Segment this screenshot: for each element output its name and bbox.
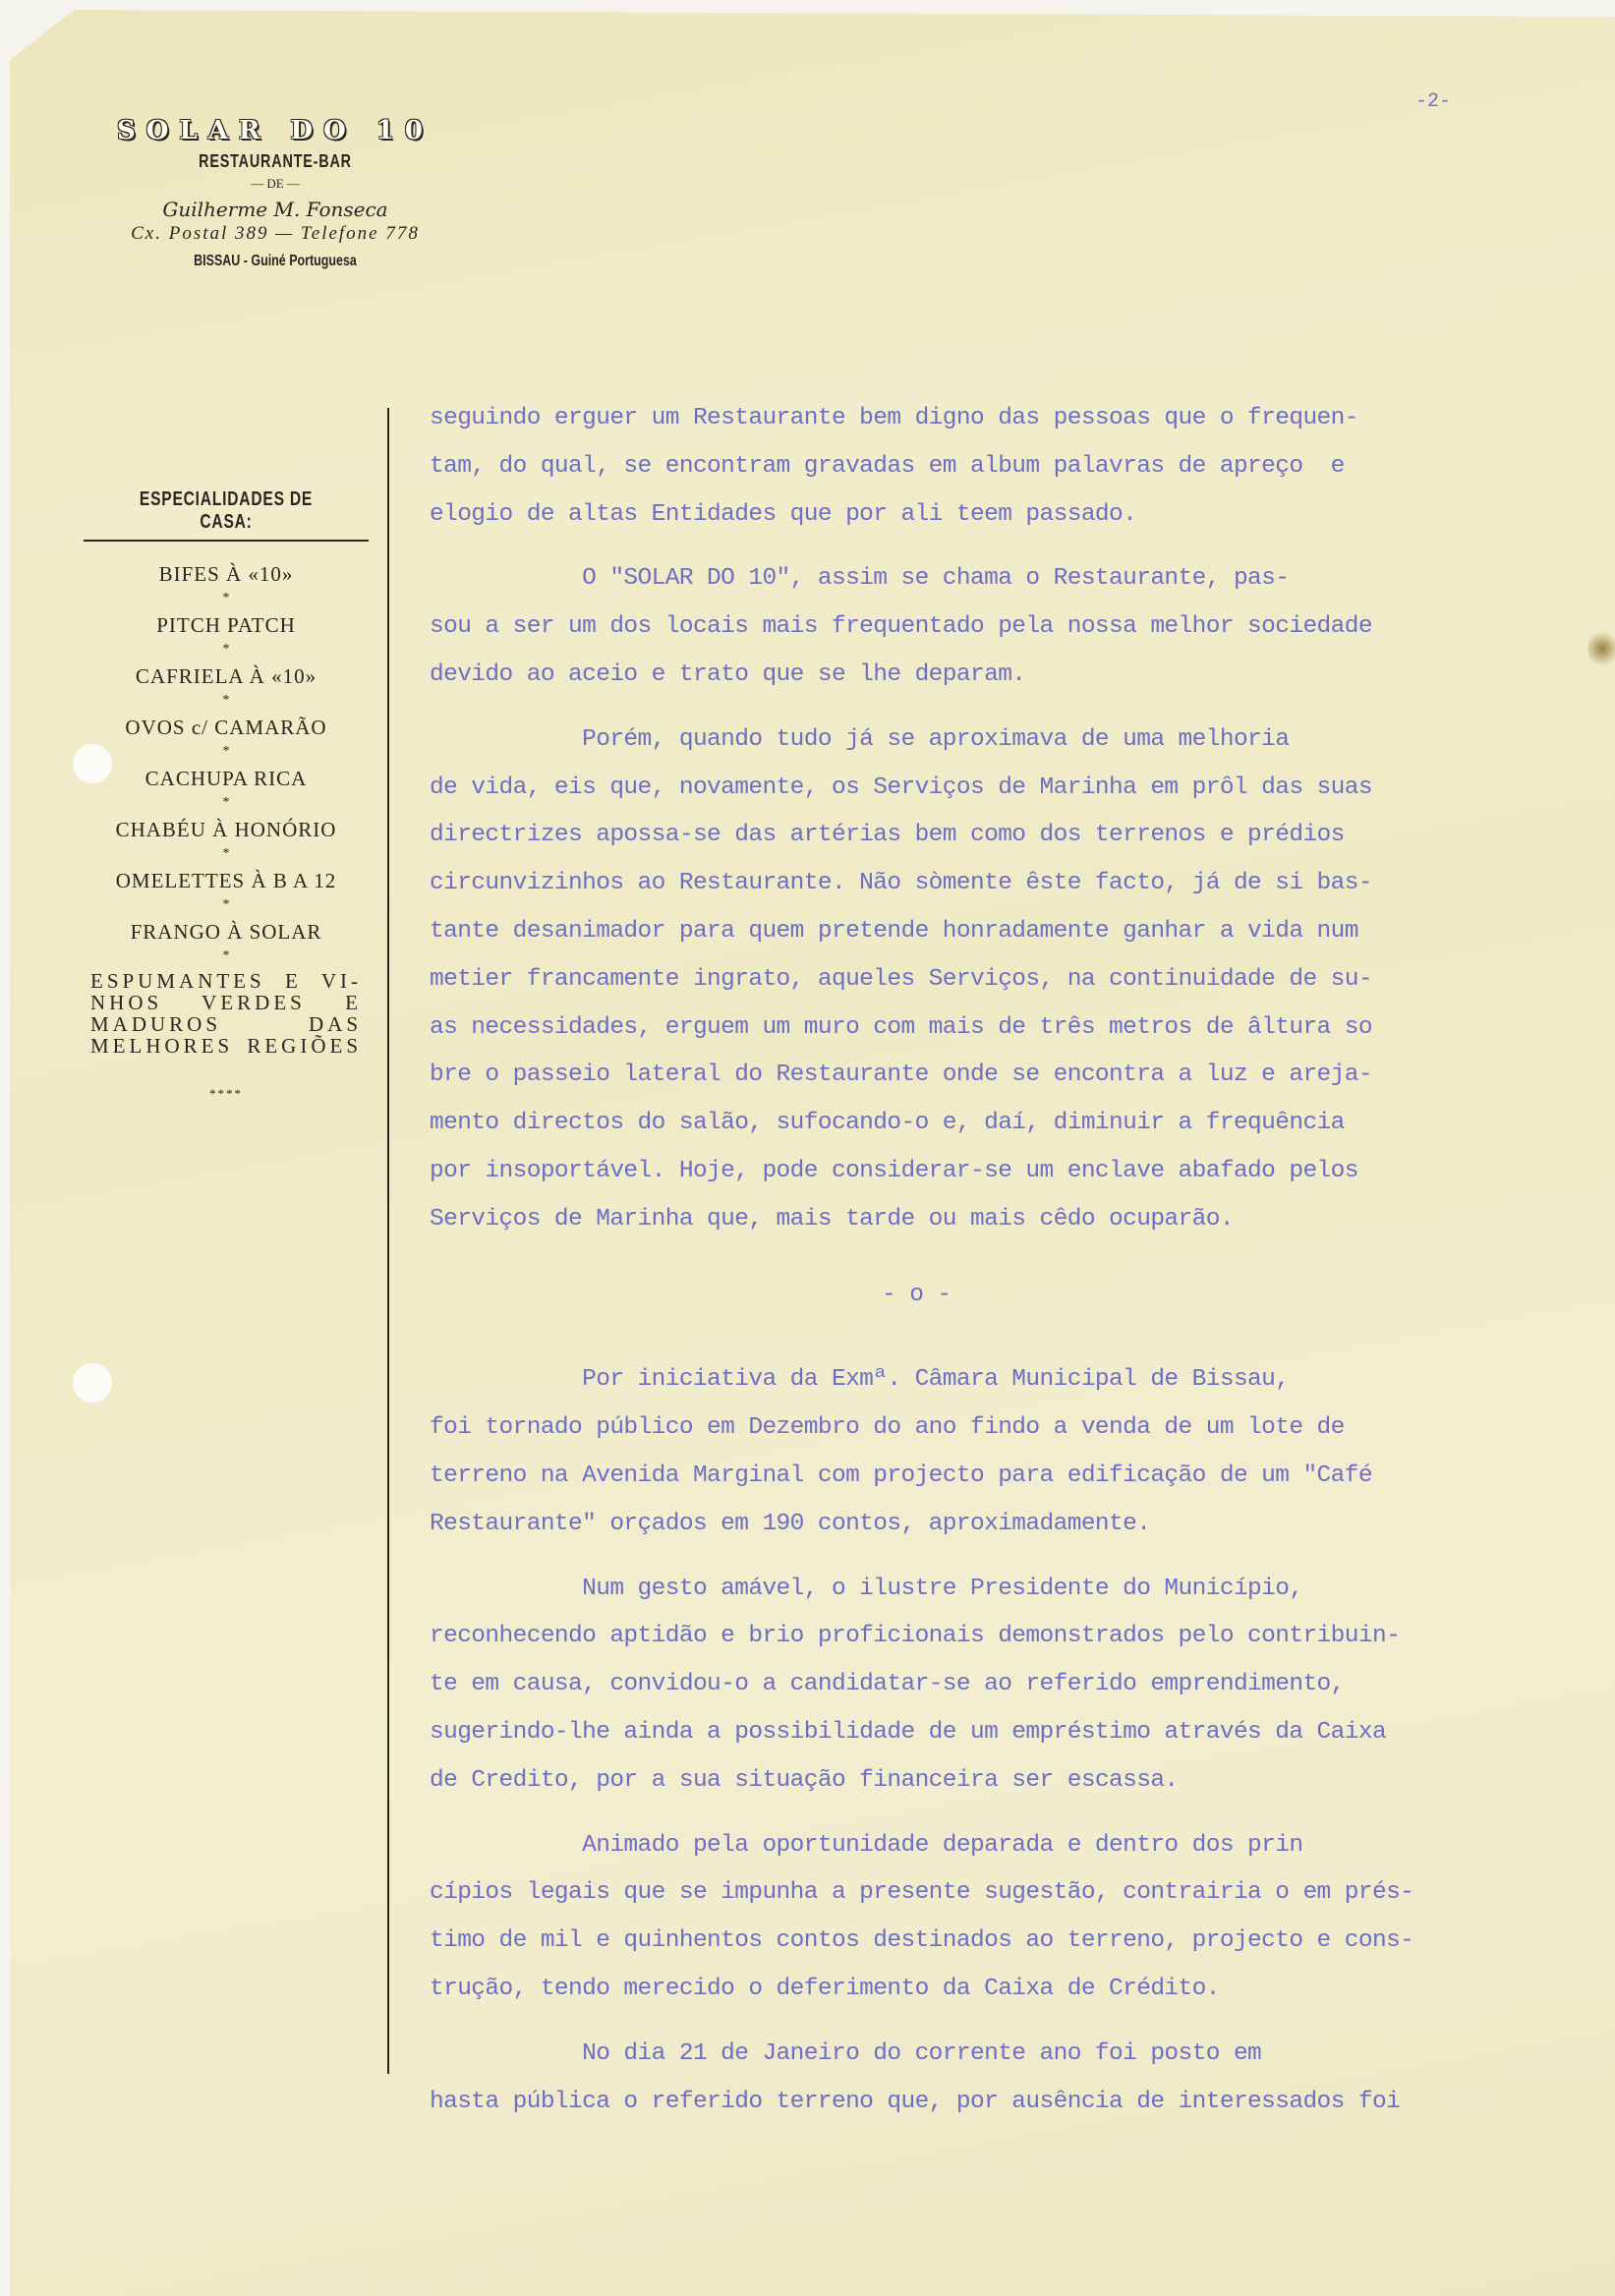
text-line: Num gesto amável, o ilustre Presidente d… [430, 1566, 1589, 1614]
text-line: as necessidades, erguem um muro com mais… [430, 1004, 1589, 1053]
text-line: sugerindo-lhe ainda a possibilidade de u… [430, 1709, 1589, 1757]
specialty-item: CAFRIELA À «10» [88, 663, 364, 689]
text-line: de Credito, por a sua situação financeir… [430, 1757, 1589, 1806]
page-number: -2- [1415, 90, 1451, 113]
star-separator-icon: * [88, 587, 364, 612]
paragraph-7: No dia 21 de Janeiro do corrente ano foi… [430, 2031, 1589, 2127]
text-line: Animado pela oportunidade deparada e den… [430, 1822, 1589, 1870]
text-line: No dia 21 de Janeiro do corrente ano foi… [430, 2031, 1589, 2079]
paragraph-5: Num gesto amável, o ilustre Presidente d… [430, 1566, 1589, 1806]
text-line: terreno na Avenida Marginal com projecto… [430, 1453, 1589, 1501]
letterhead-subtitle: RESTAURANTE-BAR [110, 151, 440, 172]
text-line: elogio de altas Entidades que por ali te… [430, 491, 1589, 540]
text-line: tante desanimador para quem pretende hon… [430, 908, 1589, 956]
text-line: reconhecendo aptidão e brio proficionais… [430, 1613, 1589, 1661]
text-line: sou a ser um dos locais mais frequentado… [430, 603, 1589, 652]
star-separator-icon: * [88, 740, 364, 766]
text-line: circunvizinhos ao Restaurante. Não sòmen… [430, 860, 1589, 908]
text-line: cípios legais que se impunha a presente … [430, 1869, 1589, 1918]
text-line: te em causa, convidou-o a candidatar-se … [430, 1661, 1589, 1709]
star-separator-icon: * [88, 945, 364, 970]
text-line: tam, do qual, se encontram gravadas em a… [430, 443, 1589, 491]
text-line: Serviços de Marinha que, mais tarde ou m… [430, 1196, 1589, 1244]
letterhead: SOLAR DO 10 RESTAURANTE-BAR — DE — Guilh… [69, 116, 482, 270]
text-line: bre o passeio lateral do Restaurante ond… [430, 1052, 1589, 1100]
text-line: foi tornado público em Dezembro do ano f… [430, 1405, 1589, 1453]
paragraph-1: seguindo erguer um Restaurante bem digno… [430, 395, 1589, 539]
letterhead-de: — DE — [69, 176, 482, 192]
text-line: trução, tendo merecido o deferimento da … [430, 1966, 1589, 2014]
star-separator-icon: * [88, 791, 364, 817]
text-line: O "SOLAR DO 10", assim se chama o Restau… [430, 555, 1589, 603]
end-mark: **** [88, 1086, 364, 1102]
letterhead-owner: Guilherme M. Fonseca [69, 198, 482, 221]
specialty-item: BIFES À «10» [88, 561, 364, 587]
star-separator-icon: * [88, 689, 364, 715]
letter-body: seguindo erguer um Restaurante bem digno… [430, 395, 1589, 2126]
text-line: devido ao aceio e trato que se lhe depar… [430, 652, 1589, 700]
paragraph-6: Animado pela oportunidade deparada e den… [430, 1822, 1589, 2014]
text-line: seguindo erguer um Restaurante bem digno… [430, 395, 1589, 443]
letterhead-title: SOLAR DO 10 [69, 116, 482, 145]
paragraph-4: Por iniciativa da Exmª. Câmara Municipal… [430, 1356, 1589, 1548]
paper-stain [1587, 629, 1615, 668]
specialties-title: ESPECIALIDADES DE CASA: [119, 488, 333, 534]
specialties-sidebar: ESPECIALIDADES DE CASA: BIFES À «10» * P… [88, 488, 364, 1102]
star-separator-icon: * [88, 893, 364, 919]
column-divider [387, 408, 389, 2074]
text-line: Por iniciativa da Exmª. Câmara Municipal… [430, 1356, 1589, 1405]
specialty-item: OMELETTES À B A 12 [88, 868, 364, 893]
text-line: Porém, quando tudo já se aproximava de u… [430, 717, 1589, 765]
text-line: timo de mil e quinhentos contos destinad… [430, 1918, 1589, 1966]
wines-line: MELHORES REGIÕES [88, 1035, 364, 1057]
section-divider: - o - [430, 1272, 1589, 1320]
text-line: por insoportável. Hoje, pode considerar-… [430, 1148, 1589, 1196]
letterhead-contact: Cx. Postal 389 — Telefone 778 [69, 223, 482, 245]
specialties-rule [84, 540, 369, 542]
text-line: hasta pública o referido terreno que, po… [430, 2079, 1589, 2127]
specialty-item: OVOS c/ CAMARÃO [88, 715, 364, 740]
specialty-item: CHABÉU À HONÓRIO [88, 817, 364, 842]
letterhead-city: BISSAU - Guiné Portuguesa [114, 253, 436, 270]
text-line: directrizes apossa-se das artérias bem c… [430, 812, 1589, 860]
wines-line: MADUROS DAS [88, 1013, 364, 1035]
text-line: de vida, eis que, novamente, os Serviços… [430, 765, 1589, 813]
specialty-item: CACHUPA RICA [88, 766, 364, 791]
wines-line: NHOS VERDES E [88, 992, 364, 1013]
star-separator-icon: * [88, 638, 364, 663]
wines-block: ESPUMANTES E VI- NHOS VERDES E MADUROS D… [88, 970, 364, 1057]
text-line: metier francamente ingrato, aqueles Serv… [430, 956, 1589, 1004]
wines-line: ESPUMANTES E VI- [88, 970, 364, 992]
text-line: Restaurante" orçados em 190 contos, apro… [430, 1501, 1589, 1549]
paragraph-3: Porém, quando tudo já se aproximava de u… [430, 717, 1589, 1244]
punch-hole-bottom [73, 1363, 112, 1403]
specialty-item: PITCH PATCH [88, 612, 364, 638]
paragraph-2: O "SOLAR DO 10", assim se chama o Restau… [430, 555, 1589, 699]
star-separator-icon: * [88, 842, 364, 868]
text-line: mento directos do salão, sufocando-o e, … [430, 1100, 1589, 1148]
specialty-item: FRANGO À SOLAR [88, 919, 364, 945]
